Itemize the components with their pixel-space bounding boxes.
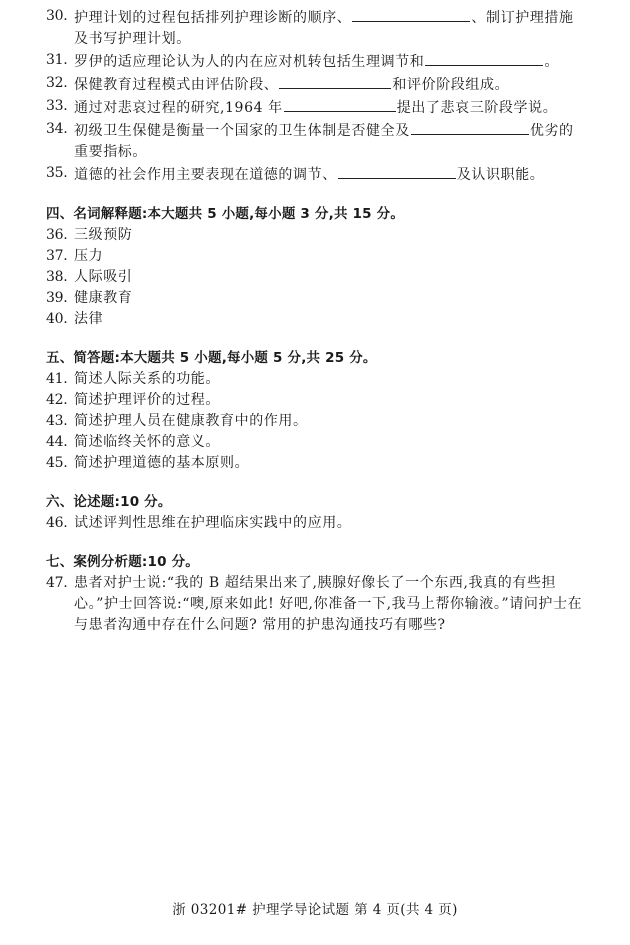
question-text: 简述护理人员在健康教育中的作用。 xyxy=(74,411,308,432)
question-36: 36. 三级预防 xyxy=(46,225,586,246)
question-number: 35. xyxy=(46,163,74,186)
question-41: 41. 简述人际关系的功能。 xyxy=(46,369,586,390)
answer-blank[interactable] xyxy=(338,163,456,179)
question-text: 简述护理评价的过程。 xyxy=(74,390,220,411)
question-number: 46. xyxy=(46,513,74,534)
question-44: 44. 简述临终关怀的意义。 xyxy=(46,432,586,453)
question-32: 32. 保健教育过程模式由评估阶段、和评价阶段组成。 xyxy=(46,73,586,96)
question-text: 人际吸引 xyxy=(74,267,132,288)
question-text-before: 护理计划的过程包括排列护理诊断的顺序、 xyxy=(74,10,351,26)
question-33: 33. 通过对悲哀过程的研究,1964 年提出了悲哀三阶段学说。 xyxy=(46,96,586,119)
question-number: 32. xyxy=(46,73,74,96)
question-34: 34. 初级卫生保健是衡量一个国家的卫生体制是否健全及优劣的重要指标。 xyxy=(46,119,586,163)
question-number: 44. xyxy=(46,432,74,453)
answer-blank[interactable] xyxy=(279,73,391,89)
question-text: 法律 xyxy=(74,309,103,330)
question-number: 39. xyxy=(46,288,74,309)
question-47: 47. 患者对护士说:“我的 B 超结果出来了,胰腺好像长了一个东西,我真的有些… xyxy=(46,573,586,636)
section-title-short-answer: 五、简答题:本大题共 5 小题,每小题 5 分,共 25 分。 xyxy=(46,348,586,369)
question-text: 健康教育 xyxy=(74,288,132,309)
question-43: 43. 简述护理人员在健康教育中的作用。 xyxy=(46,411,586,432)
question-text: 试述评判性思维在护理临床实践中的应用。 xyxy=(74,513,351,534)
answer-blank[interactable] xyxy=(425,50,543,66)
question-number: 31. xyxy=(46,50,74,73)
question-text-before: 罗伊的适应理论认为人的内在应对机转包括生理调节和 xyxy=(74,54,424,70)
question-30: 30. 护理计划的过程包括排列护理诊断的顺序、、制订护理措施及书写护理计划。 xyxy=(46,6,586,50)
question-text-before: 保健教育过程模式由评估阶段、 xyxy=(74,77,278,93)
question-number: 36. xyxy=(46,225,74,246)
question-37: 37. 压力 xyxy=(46,246,586,267)
page-footer: 浙 03201# 护理学导论试题 第 4 页(共 4 页) xyxy=(0,898,630,918)
question-35: 35. 道德的社会作用主要表现在道德的调节、及认识职能。 xyxy=(46,163,586,186)
exam-content: 30. 护理计划的过程包括排列护理诊断的顺序、、制订护理措施及书写护理计划。 3… xyxy=(46,6,586,636)
answer-blank[interactable] xyxy=(411,119,529,135)
question-text-after: 和评价阶段组成。 xyxy=(392,77,509,93)
section-title-case-analysis: 七、案例分析题:10 分。 xyxy=(46,552,586,573)
question-text-after: 。 xyxy=(544,54,559,70)
question-number: 47. xyxy=(46,573,74,636)
question-text: 简述护理道德的基本原则。 xyxy=(74,453,249,474)
question-45: 45. 简述护理道德的基本原则。 xyxy=(46,453,586,474)
exam-page: 30. 护理计划的过程包括排列护理诊断的顺序、、制订护理措施及书写护理计划。 3… xyxy=(0,0,630,945)
section-title-essay: 六、论述题:10 分。 xyxy=(46,492,586,513)
question-46: 46. 试述评判性思维在护理临床实践中的应用。 xyxy=(46,513,586,534)
section-title-term-definitions: 四、名词解释题:本大题共 5 小题,每小题 3 分,共 15 分。 xyxy=(46,204,586,225)
question-number: 33. xyxy=(46,96,74,119)
question-number: 37. xyxy=(46,246,74,267)
question-number: 34. xyxy=(46,119,74,163)
question-38: 38. 人际吸引 xyxy=(46,267,586,288)
question-text-after: 提出了悲哀三阶段学说。 xyxy=(397,100,558,116)
question-number: 41. xyxy=(46,369,74,390)
question-number: 45. xyxy=(46,453,74,474)
answer-blank[interactable] xyxy=(284,96,396,112)
question-40: 40. 法律 xyxy=(46,309,586,330)
question-text-before: 通过对悲哀过程的研究,1964 年 xyxy=(74,100,283,116)
question-text: 简述人际关系的功能。 xyxy=(74,369,220,390)
question-text: 患者对护士说:“我的 B 超结果出来了,胰腺好像长了一个东西,我真的有些担心。”… xyxy=(74,573,586,636)
question-number: 42. xyxy=(46,390,74,411)
question-number: 38. xyxy=(46,267,74,288)
question-42: 42. 简述护理评价的过程。 xyxy=(46,390,586,411)
question-text: 简述临终关怀的意义。 xyxy=(74,432,220,453)
question-31: 31. 罗伊的适应理论认为人的内在应对机转包括生理调节和。 xyxy=(46,50,586,73)
question-text-after: 及认识职能。 xyxy=(457,167,545,183)
question-number: 43. xyxy=(46,411,74,432)
answer-blank[interactable] xyxy=(352,6,470,22)
question-text: 三级预防 xyxy=(74,225,132,246)
question-39: 39. 健康教育 xyxy=(46,288,586,309)
question-text-before: 初级卫生保健是衡量一个国家的卫生体制是否健全及 xyxy=(74,123,410,139)
question-number: 30. xyxy=(46,6,74,50)
question-text-before: 道德的社会作用主要表现在道德的调节、 xyxy=(74,167,337,183)
question-number: 40. xyxy=(46,309,74,330)
question-text: 压力 xyxy=(74,246,103,267)
